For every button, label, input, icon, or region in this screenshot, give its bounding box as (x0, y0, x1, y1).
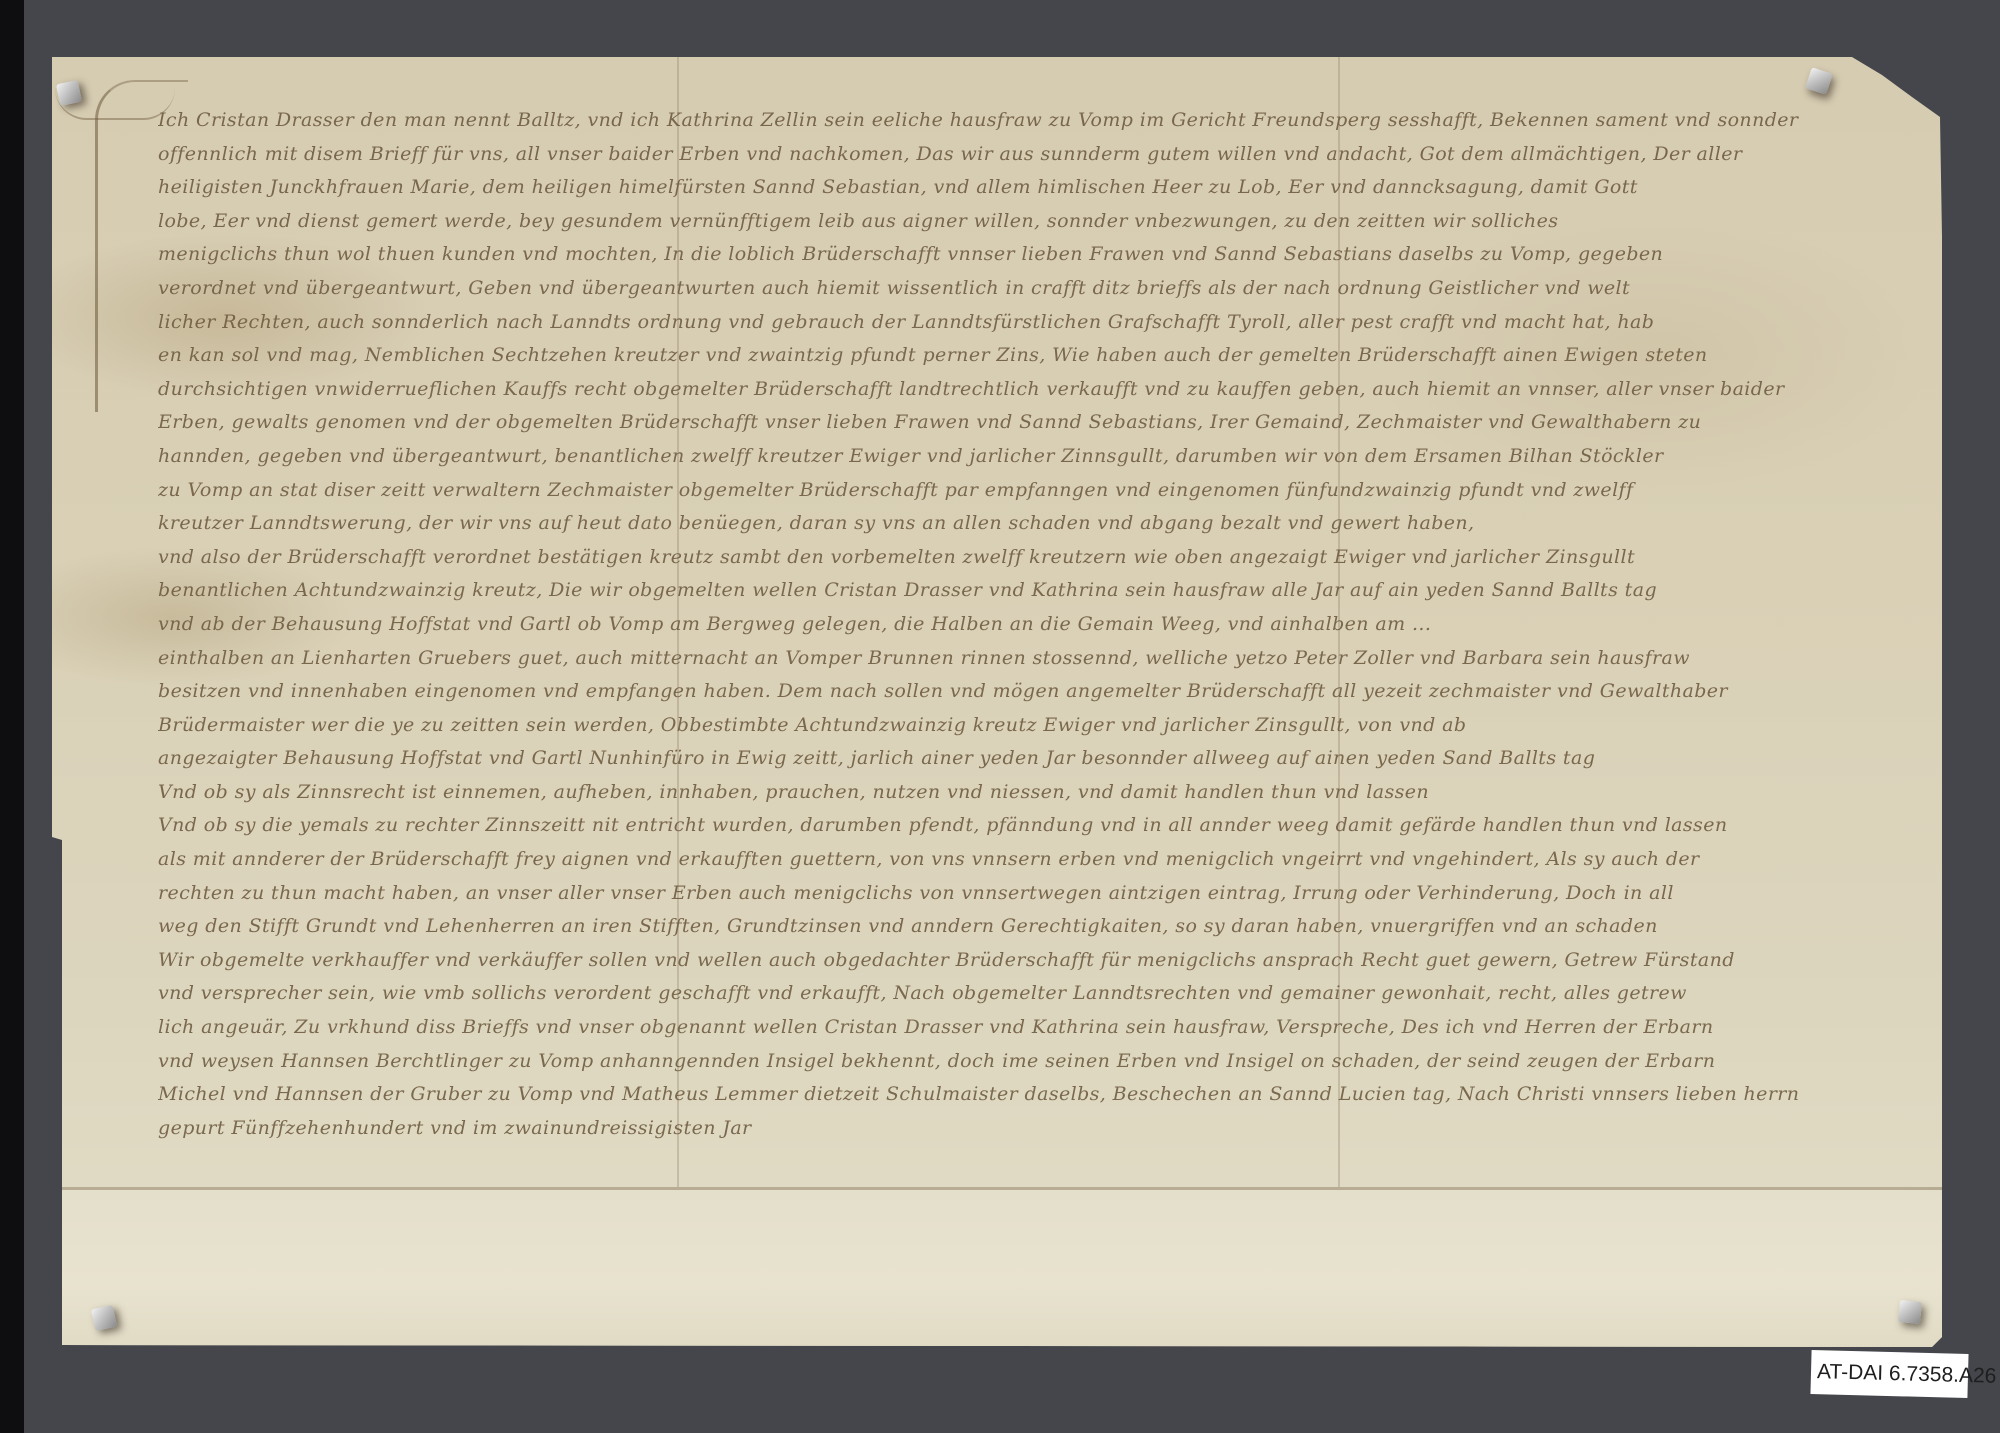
text-line: vnd also der Brüderschafft verordnet bes… (158, 541, 1948, 575)
charter-text: Ich Cristan Drasser den man nennt Balltz… (158, 104, 1948, 1145)
mounting-magnet (56, 80, 82, 106)
text-line: rechten zu thun macht haben, an vnser al… (158, 877, 1948, 911)
text-line: lich angeuär, Zu vrkhund diss Brieffs vn… (158, 1011, 1948, 1045)
archive-signature-label: AT-DAI 6.7358.A26 (1810, 1350, 1968, 1398)
text-line: licher Rechten, auch sonnderlich nach La… (158, 306, 1948, 340)
text-line: offennlich mit disem Brieff für vns, all… (158, 138, 1948, 172)
text-line: Vnd ob sy als Zinnsrecht ist einnemen, a… (158, 776, 1948, 810)
text-line: vnd weysen Hannsen Berchtlinger zu Vomp … (158, 1045, 1948, 1079)
text-line: Vnd ob sy die yemals zu rechter Zinnszei… (158, 809, 1948, 843)
text-line: vnd versprecher sein, wie vmb sollichs v… (158, 977, 1948, 1011)
text-line: Michel vnd Hannsen der Gruber zu Vomp vn… (158, 1078, 1948, 1112)
text-line: benantlichen Achtundzwainzig kreutz, Die… (158, 574, 1948, 608)
text-line: menigclichs thun wol thuen kunden vnd mo… (158, 238, 1948, 272)
text-line: Wir obgemelte verkhauffer vnd verkäuffer… (158, 944, 1948, 978)
text-line: gepurt Fünffzehenhundert vnd im zwainund… (158, 1112, 1948, 1146)
plica-turn-in (62, 1190, 1942, 1347)
text-line: Erben, gewalts genomen vnd der obgemelte… (158, 406, 1948, 440)
text-line: lobe, Eer vnd dienst gemert werde, bey g… (158, 205, 1948, 239)
text-line: Brüdermaister wer die ye zu zeitten sein… (158, 709, 1948, 743)
text-line: kreutzer Lanndtswerung, der wir vns auf … (158, 507, 1948, 541)
text-line: als mit annderer der Brüderschafft frey … (158, 843, 1948, 877)
text-line: verordnet vnd übergeantwurt, Geben vnd ü… (158, 272, 1948, 306)
text-line: weg den Stifft Grundt vnd Lehenherren an… (158, 910, 1948, 944)
text-line: hannden, gegeben vnd übergeantwurt, bena… (158, 440, 1948, 474)
text-line: Ich Cristan Drasser den man nennt Balltz… (158, 104, 1948, 138)
text-line: einthalben an Lienharten Gruebers guet, … (158, 642, 1948, 676)
text-line: vnd ab der Behausung Hoffstat vnd Gartl … (158, 608, 1948, 642)
text-line: en kan sol vnd mag, Nemblichen Sechtzehe… (158, 339, 1948, 373)
mounting-magnet (91, 1305, 117, 1331)
text-line: zu Vomp an stat diser zeitt verwaltern Z… (158, 474, 1948, 508)
text-line: heiligisten Junckhfrauen Marie, dem heil… (158, 171, 1948, 205)
text-line: angezaigter Behausung Hoffstat vnd Gartl… (158, 742, 1948, 776)
scan-edge-strip (0, 0, 24, 1433)
text-line: besitzen vnd innenhaben eingenomen vnd e… (158, 675, 1948, 709)
mounting-magnet (1898, 1300, 1922, 1324)
text-line: durchsichtigen vnwiderrueflichen Kauffs … (158, 373, 1948, 407)
